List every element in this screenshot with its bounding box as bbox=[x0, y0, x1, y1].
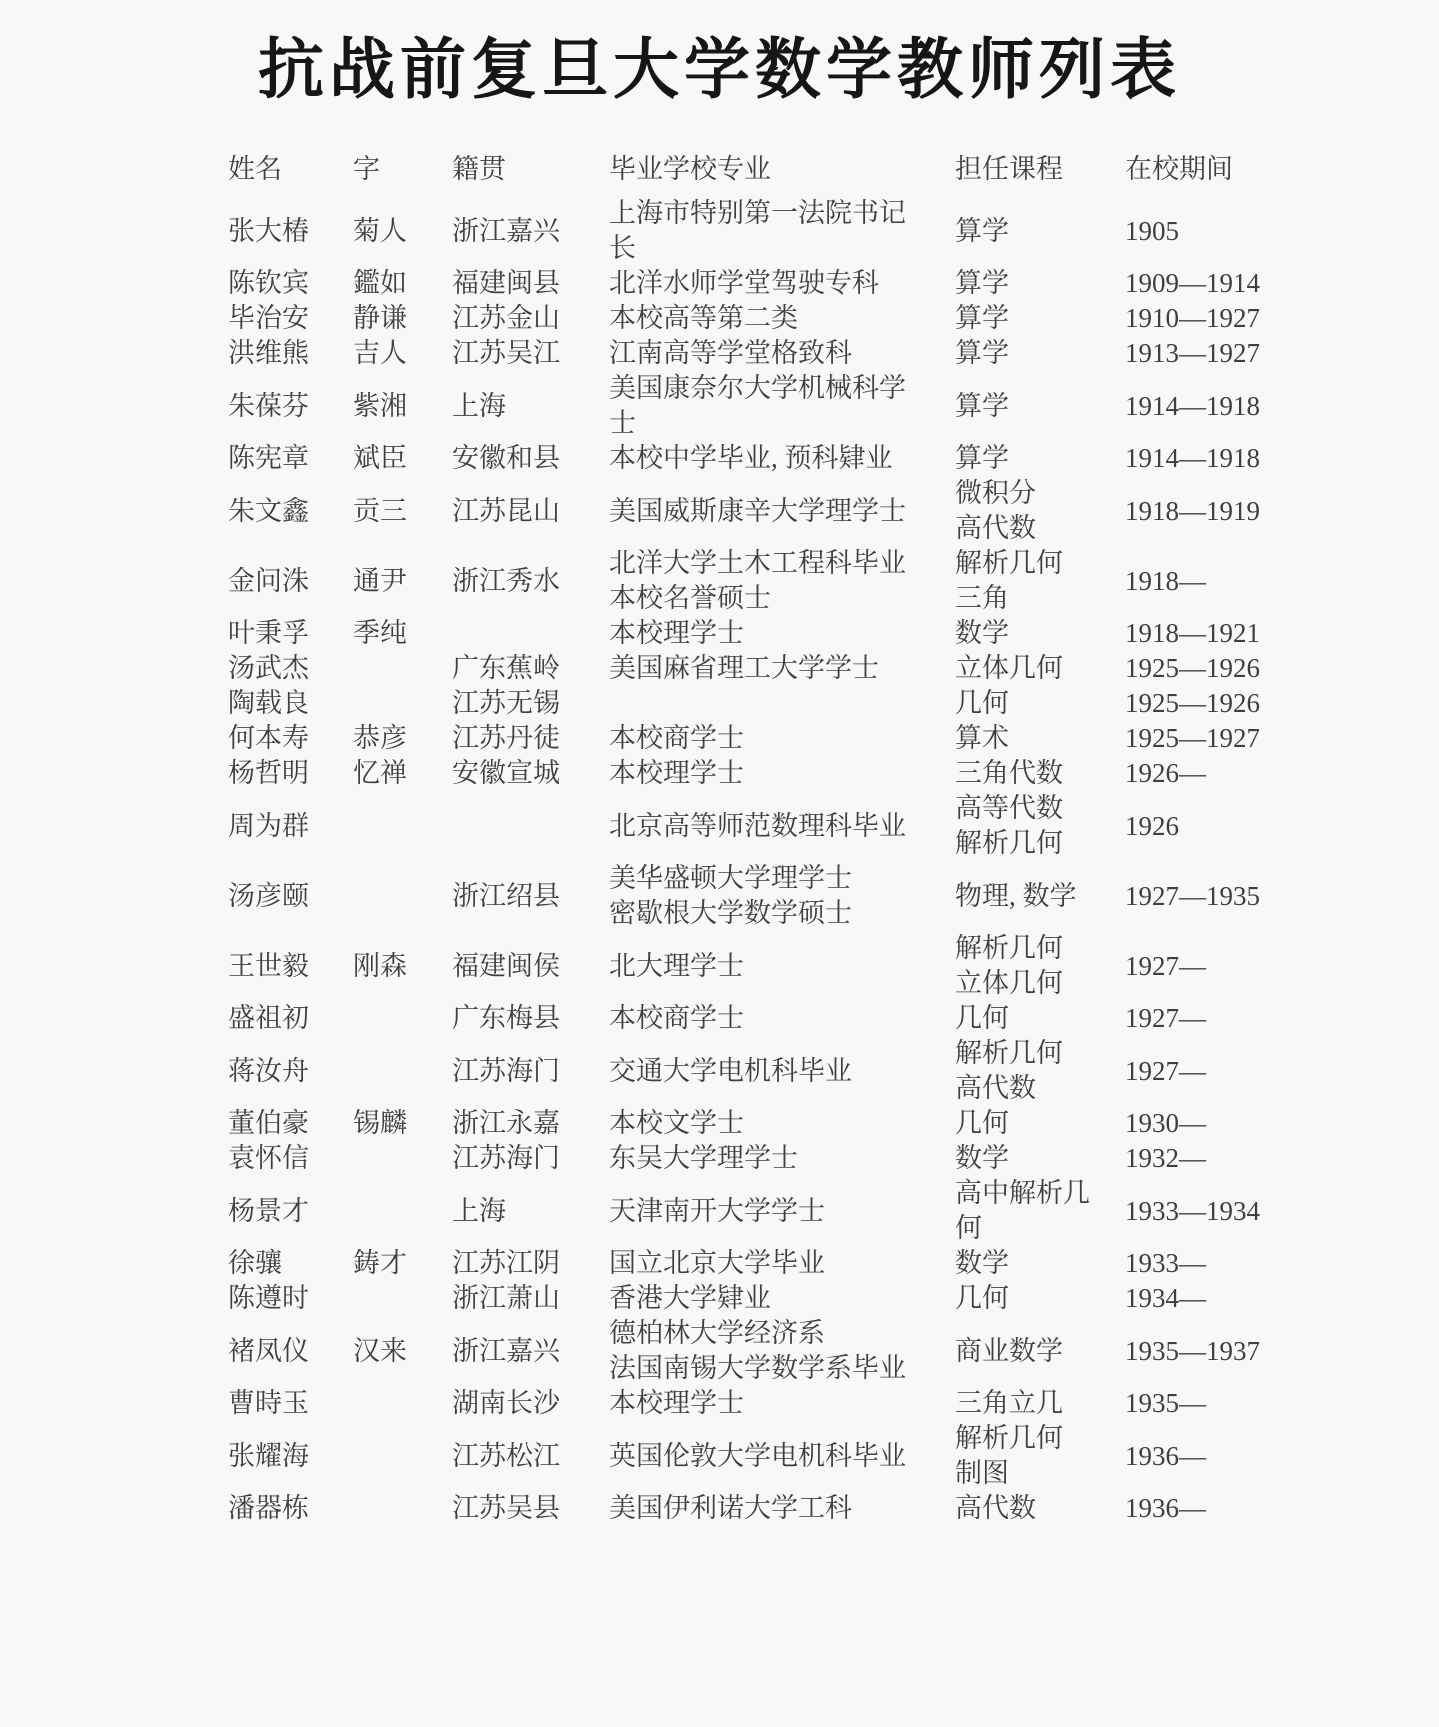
cell-period: 1913—1927 bbox=[1125, 336, 1306, 371]
cell-native-place: 江苏海门 bbox=[452, 1054, 609, 1089]
cell-native-place: 广东蕉岭 bbox=[452, 651, 609, 686]
table-body: 张大椿 菊人 浙江嘉兴 上海市特别第一法院书记 长 算学 1905 陈钦宾 鑑如… bbox=[228, 196, 1306, 1526]
header-name: 姓名 bbox=[228, 152, 353, 187]
cell-name: 盛祖初 bbox=[228, 1001, 353, 1036]
cell-native-place: 福建闽县 bbox=[452, 266, 609, 301]
cell-school: 东吴大学理学士 bbox=[609, 1141, 955, 1176]
cell-courtesy-name: 菊人 bbox=[353, 214, 452, 249]
cell-period: 1927— bbox=[1125, 1001, 1306, 1036]
table-row: 汤彦颐 浙江绍县 美华盛顿大学理学士 密歇根大学数学硕士 物理, 数学 1927… bbox=[228, 861, 1306, 931]
table-row: 周为群 北京高等师范数理科毕业 高等代数 解析几何 1926 bbox=[228, 791, 1306, 861]
cell-courses: 三角代数 bbox=[955, 756, 1125, 791]
cell-name: 袁怀信 bbox=[228, 1141, 353, 1176]
cell-courtesy-name: 恭彦 bbox=[353, 721, 452, 756]
cell-courses: 算学 bbox=[955, 301, 1125, 336]
cell-native-place: 浙江嘉兴 bbox=[452, 214, 609, 249]
cell-courtesy-name: 鑑如 bbox=[353, 266, 452, 301]
cell-courses: 算学 bbox=[955, 441, 1125, 476]
cell-period: 1918— bbox=[1125, 564, 1306, 599]
table-row: 毕治安 静谦 江苏金山 本校高等第二类 算学 1910—1927 bbox=[228, 301, 1306, 336]
cell-period: 1925—1926 bbox=[1125, 686, 1306, 721]
cell-courses: 算学 bbox=[955, 214, 1125, 249]
cell-courtesy-name: 静谦 bbox=[353, 301, 452, 336]
cell-period: 1927— bbox=[1125, 1054, 1306, 1089]
cell-courtesy-name: 季纯 bbox=[353, 616, 452, 651]
table-row: 汤武杰 广东蕉岭 美国麻省理工大学学士 立体几何 1925—1926 bbox=[228, 651, 1306, 686]
cell-native-place: 江苏江阴 bbox=[452, 1246, 609, 1281]
table-row: 洪维熊 吉人 江苏吴江 江南高等学堂格致科 算学 1913—1927 bbox=[228, 336, 1306, 371]
cell-name: 朱葆芬 bbox=[228, 389, 353, 424]
cell-school: 美国伊利诺大学工科 bbox=[609, 1491, 955, 1526]
teachers-table: 姓名 字 籍贯 毕业学校专业 担任课程 在校期间 张大椿 菊人 浙江嘉兴 上海市… bbox=[228, 152, 1306, 1526]
table-row: 叶秉孚 季纯 本校理学士 数学 1918—1921 bbox=[228, 616, 1306, 651]
cell-period: 1936— bbox=[1125, 1491, 1306, 1526]
cell-courses: 商业数学 bbox=[955, 1334, 1125, 1369]
cell-courses: 高等代数 解析几何 bbox=[955, 791, 1125, 861]
header-courses: 担任课程 bbox=[955, 152, 1125, 187]
cell-courtesy-name: 汉来 bbox=[353, 1334, 452, 1369]
cell-courses: 解析几何 立体几何 bbox=[955, 931, 1125, 1001]
cell-courtesy-name: 忆禅 bbox=[353, 756, 452, 791]
cell-courses: 高代数 bbox=[955, 1491, 1125, 1526]
cell-school: 香港大学肄业 bbox=[609, 1281, 955, 1316]
table-row: 曹時玉 湖南长沙 本校理学士 三角立几 1935— bbox=[228, 1386, 1306, 1421]
cell-school: 美国康奈尔大学机械科学 士 bbox=[609, 371, 955, 441]
cell-school: 美国麻省理工大学学士 bbox=[609, 651, 955, 686]
header-school: 毕业学校专业 bbox=[609, 152, 955, 187]
cell-school: 国立北京大学毕业 bbox=[609, 1246, 955, 1281]
cell-native-place: 浙江萧山 bbox=[452, 1281, 609, 1316]
cell-native-place: 江苏海门 bbox=[452, 1141, 609, 1176]
cell-period: 1935— bbox=[1125, 1386, 1306, 1421]
cell-courtesy-name: 斌臣 bbox=[353, 441, 452, 476]
cell-courses: 算学 bbox=[955, 389, 1125, 424]
cell-courses: 解析几何 高代数 bbox=[955, 1036, 1125, 1106]
cell-name: 毕治安 bbox=[228, 301, 353, 336]
cell-period: 1932— bbox=[1125, 1141, 1306, 1176]
cell-courses: 几何 bbox=[955, 686, 1125, 721]
cell-school: 本校商学士 bbox=[609, 721, 955, 756]
cell-period: 1934— bbox=[1125, 1281, 1306, 1316]
cell-school: 交通大学电机科毕业 bbox=[609, 1054, 955, 1089]
cell-native-place: 江苏昆山 bbox=[452, 494, 609, 529]
cell-native-place: 江苏吴江 bbox=[452, 336, 609, 371]
table-row: 朱文鑫 贡三 江苏昆山 美国威斯康辛大学理学士 微积分 高代数 1918—191… bbox=[228, 476, 1306, 546]
header-courtesy-name: 字 bbox=[353, 152, 452, 187]
cell-courtesy-name: 吉人 bbox=[353, 336, 452, 371]
cell-school: 本校商学士 bbox=[609, 1001, 955, 1036]
table-row: 杨哲明 忆禅 安徽宣城 本校理学士 三角代数 1926— bbox=[228, 756, 1306, 791]
cell-native-place: 浙江永嘉 bbox=[452, 1106, 609, 1141]
cell-name: 陶载良 bbox=[228, 686, 353, 721]
table-row: 杨景才 上海 天津南开大学学士 高中解析几 何 1933—1934 bbox=[228, 1176, 1306, 1246]
cell-name: 董伯豪 bbox=[228, 1106, 353, 1141]
table-row: 陈遵时 浙江萧山 香港大学肄业 几何 1934— bbox=[228, 1281, 1306, 1316]
cell-period: 1926 bbox=[1125, 809, 1306, 844]
table-row: 王世毅 刚森 福建闽侯 北大理学士 解析几何 立体几何 1927— bbox=[228, 931, 1306, 1001]
table-row: 陈宪章 斌臣 安徽和县 本校中学毕业, 预科肄业 算学 1914—1918 bbox=[228, 441, 1306, 476]
cell-name: 蒋汝舟 bbox=[228, 1054, 353, 1089]
cell-courses: 算学 bbox=[955, 266, 1125, 301]
cell-courses: 微积分 高代数 bbox=[955, 476, 1125, 546]
table-row: 潘器栋 江苏吴县 美国伊利诺大学工科 高代数 1936— bbox=[228, 1491, 1306, 1526]
cell-school: 本校理学士 bbox=[609, 756, 955, 791]
cell-period: 1914—1918 bbox=[1125, 441, 1306, 476]
cell-name: 潘器栋 bbox=[228, 1491, 353, 1526]
table-row: 董伯豪 锡麟 浙江永嘉 本校文学士 几何 1930— bbox=[228, 1106, 1306, 1141]
cell-school: 北洋水师学堂驾驶专科 bbox=[609, 266, 955, 301]
cell-name: 杨景才 bbox=[228, 1194, 353, 1229]
cell-school: 本校理学士 bbox=[609, 1386, 955, 1421]
cell-courses: 立体几何 bbox=[955, 651, 1125, 686]
cell-period: 1905 bbox=[1125, 214, 1306, 249]
cell-school: 本校理学士 bbox=[609, 616, 955, 651]
cell-native-place: 江苏吴县 bbox=[452, 1491, 609, 1526]
header-native-place: 籍贯 bbox=[452, 152, 609, 187]
cell-native-place: 安徽和县 bbox=[452, 441, 609, 476]
cell-period: 1909—1914 bbox=[1125, 266, 1306, 301]
cell-courses: 物理, 数学 bbox=[955, 879, 1125, 914]
cell-school: 本校高等第二类 bbox=[609, 301, 955, 336]
cell-name: 叶秉孚 bbox=[228, 616, 353, 651]
table-header-row: 姓名 字 籍贯 毕业学校专业 担任课程 在校期间 bbox=[228, 152, 1306, 187]
cell-name: 陈遵时 bbox=[228, 1281, 353, 1316]
cell-native-place: 上海 bbox=[452, 1194, 609, 1229]
cell-courses: 解析几何 制图 bbox=[955, 1421, 1125, 1491]
cell-school: 上海市特别第一法院书记 长 bbox=[609, 196, 955, 266]
cell-period: 1918—1921 bbox=[1125, 616, 1306, 651]
cell-name: 杨哲明 bbox=[228, 756, 353, 791]
cell-period: 1930— bbox=[1125, 1106, 1306, 1141]
cell-courses: 几何 bbox=[955, 1281, 1125, 1316]
table-row: 何本寿 恭彦 江苏丹徒 本校商学士 算术 1925—1927 bbox=[228, 721, 1306, 756]
cell-native-place: 湖南长沙 bbox=[452, 1386, 609, 1421]
cell-courtesy-name: 刚森 bbox=[353, 949, 452, 984]
table-row: 张大椿 菊人 浙江嘉兴 上海市特别第一法院书记 长 算学 1905 bbox=[228, 196, 1306, 266]
cell-period: 1925—1926 bbox=[1125, 651, 1306, 686]
table-row: 盛祖初 广东梅县 本校商学士 几何 1927— bbox=[228, 1001, 1306, 1036]
cell-courtesy-name: 贡三 bbox=[353, 494, 452, 529]
cell-name: 金问洙 bbox=[228, 564, 353, 599]
cell-name: 汤武杰 bbox=[228, 651, 353, 686]
cell-native-place: 浙江秀水 bbox=[452, 564, 609, 599]
cell-school: 本校文学士 bbox=[609, 1106, 955, 1141]
cell-courses: 几何 bbox=[955, 1106, 1125, 1141]
cell-name: 何本寿 bbox=[228, 721, 353, 756]
cell-courses: 数学 bbox=[955, 1141, 1125, 1176]
cell-native-place: 江苏金山 bbox=[452, 301, 609, 336]
cell-courses: 算学 bbox=[955, 336, 1125, 371]
cell-period: 1927—1935 bbox=[1125, 879, 1306, 914]
cell-courtesy-name: 锡麟 bbox=[353, 1106, 452, 1141]
cell-name: 褚凤仪 bbox=[228, 1334, 353, 1369]
cell-period: 1933— bbox=[1125, 1246, 1306, 1281]
table-row: 袁怀信 江苏海门 东吴大学理学士 数学 1932— bbox=[228, 1141, 1306, 1176]
cell-school: 美华盛顿大学理学士 密歇根大学数学硕士 bbox=[609, 861, 955, 931]
cell-name: 洪维熊 bbox=[228, 336, 353, 371]
cell-period: 1914—1918 bbox=[1125, 389, 1306, 424]
cell-courses: 几何 bbox=[955, 1001, 1125, 1036]
cell-name: 张大椿 bbox=[228, 214, 353, 249]
cell-period: 1935—1937 bbox=[1125, 1334, 1306, 1369]
table-row: 徐骧 鋳才 江苏江阴 国立北京大学毕业 数学 1933— bbox=[228, 1246, 1306, 1281]
cell-native-place: 上海 bbox=[452, 389, 609, 424]
cell-name: 周为群 bbox=[228, 809, 353, 844]
cell-period: 1925—1927 bbox=[1125, 721, 1306, 756]
cell-courses: 数学 bbox=[955, 616, 1125, 651]
cell-school: 北京高等师范数理科毕业 bbox=[609, 809, 955, 844]
cell-native-place: 江苏丹徒 bbox=[452, 721, 609, 756]
cell-courtesy-name: 通尹 bbox=[353, 564, 452, 599]
cell-name: 徐骧 bbox=[228, 1246, 353, 1281]
document-page: 抗战前复旦大学数学教师列表 姓名 字 籍贯 毕业学校专业 担任课程 在校期间 张… bbox=[0, 0, 1439, 1727]
cell-courses: 三角立几 bbox=[955, 1386, 1125, 1421]
cell-courses: 算术 bbox=[955, 721, 1125, 756]
cell-name: 张耀海 bbox=[228, 1439, 353, 1474]
cell-school: 德柏林大学经济系 法国南锡大学数学系毕业 bbox=[609, 1316, 955, 1386]
cell-period: 1927— bbox=[1125, 949, 1306, 984]
cell-school: 天津南开大学学士 bbox=[609, 1194, 955, 1229]
cell-period: 1933—1934 bbox=[1125, 1194, 1306, 1229]
cell-courses: 数学 bbox=[955, 1246, 1125, 1281]
cell-courtesy-name: 鋳才 bbox=[353, 1246, 452, 1281]
table-row: 金问洙 通尹 浙江秀水 北洋大学土木工程科毕业 本校名誉硕士 解析几何 三角 1… bbox=[228, 546, 1306, 616]
cell-native-place: 浙江嘉兴 bbox=[452, 1334, 609, 1369]
cell-name: 曹時玉 bbox=[228, 1386, 353, 1421]
cell-period: 1936— bbox=[1125, 1439, 1306, 1474]
cell-period: 1910—1927 bbox=[1125, 301, 1306, 336]
table-row: 陈钦宾 鑑如 福建闽县 北洋水师学堂驾驶专科 算学 1909—1914 bbox=[228, 266, 1306, 301]
cell-native-place: 广东梅县 bbox=[452, 1001, 609, 1036]
cell-name: 王世毅 bbox=[228, 949, 353, 984]
cell-native-place: 浙江绍县 bbox=[452, 879, 609, 914]
cell-school: 江南高等学堂格致科 bbox=[609, 336, 955, 371]
cell-courses: 解析几何 三角 bbox=[955, 546, 1125, 616]
page-title: 抗战前复旦大学数学教师列表 bbox=[0, 0, 1439, 111]
cell-name: 陈钦宾 bbox=[228, 266, 353, 301]
cell-native-place: 安徽宣城 bbox=[452, 756, 609, 791]
cell-period: 1926— bbox=[1125, 756, 1306, 791]
table-row: 褚凤仪 汉来 浙江嘉兴 德柏林大学经济系 法国南锡大学数学系毕业 商业数学 19… bbox=[228, 1316, 1306, 1386]
header-period: 在校期间 bbox=[1125, 152, 1306, 187]
cell-native-place: 江苏无锡 bbox=[452, 686, 609, 721]
cell-school: 英国伦敦大学电机科毕业 bbox=[609, 1439, 955, 1474]
cell-courses: 高中解析几 何 bbox=[955, 1176, 1125, 1246]
cell-school: 本校中学毕业, 预科肄业 bbox=[609, 441, 955, 476]
cell-native-place: 江苏松江 bbox=[452, 1439, 609, 1474]
cell-name: 陈宪章 bbox=[228, 441, 353, 476]
table-row: 蒋汝舟 江苏海门 交通大学电机科毕业 解析几何 高代数 1927— bbox=[228, 1036, 1306, 1106]
cell-native-place: 福建闽侯 bbox=[452, 949, 609, 984]
table-row: 朱葆芬 紫湘 上海 美国康奈尔大学机械科学 士 算学 1914—1918 bbox=[228, 371, 1306, 441]
cell-period: 1918—1919 bbox=[1125, 494, 1306, 529]
cell-school: 美国威斯康辛大学理学士 bbox=[609, 494, 955, 529]
cell-name: 朱文鑫 bbox=[228, 494, 353, 529]
table-row: 陶载良 江苏无锡 几何 1925—1926 bbox=[228, 686, 1306, 721]
cell-school: 北洋大学土木工程科毕业 本校名誉硕士 bbox=[609, 546, 955, 616]
table-row: 张耀海 江苏松江 英国伦敦大学电机科毕业 解析几何 制图 1936— bbox=[228, 1421, 1306, 1491]
cell-name: 汤彦颐 bbox=[228, 879, 353, 914]
cell-courtesy-name: 紫湘 bbox=[353, 389, 452, 424]
cell-school: 北大理学士 bbox=[609, 949, 955, 984]
